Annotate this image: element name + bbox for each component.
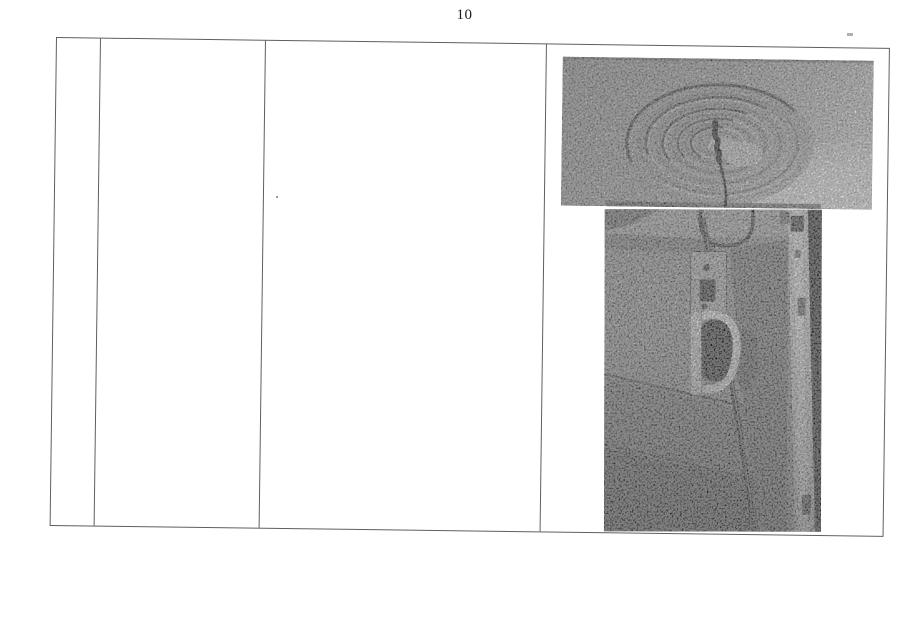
door-bolt-photo	[604, 209, 822, 532]
scan-grain	[561, 57, 874, 210]
door-bolt-photo-svg	[604, 209, 822, 532]
scan-speck	[847, 33, 853, 36]
page-number: 10	[12, 7, 905, 24]
table-cell-2	[94, 39, 265, 528]
table-cell-1	[51, 38, 100, 526]
document-table	[50, 37, 890, 537]
table-cell-3	[259, 41, 546, 532]
ceiling-rose-photo	[561, 57, 874, 210]
table-cell-photos	[540, 44, 889, 535]
scan-grain	[604, 209, 822, 532]
ceiling-rose-photo-svg	[561, 57, 874, 210]
